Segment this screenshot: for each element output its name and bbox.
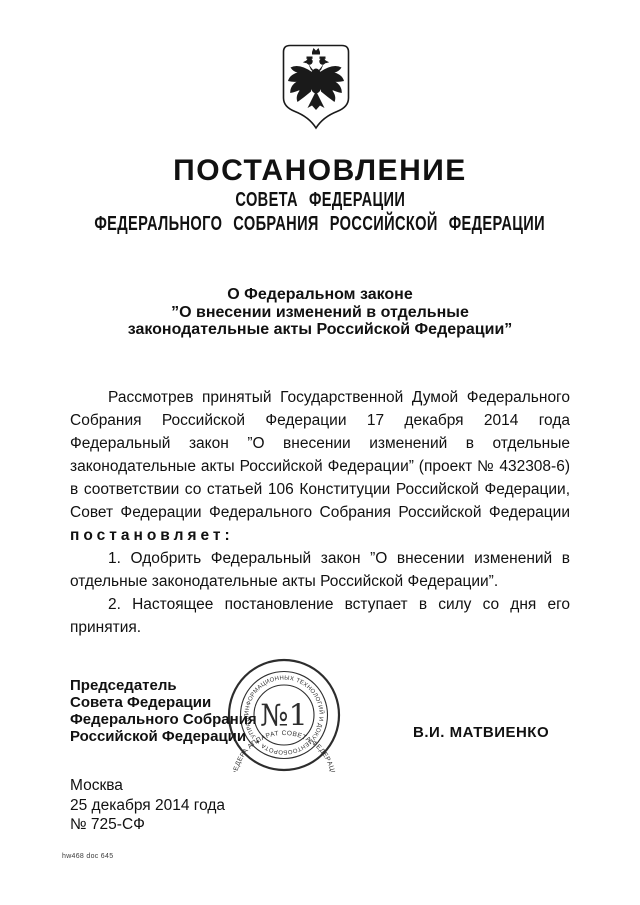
doc-type-title: ПОСТАНОВЛЕНИЕ: [0, 154, 640, 188]
body-text: Рассмотрев принятый Государственной Думо…: [70, 386, 570, 639]
subject-line: ”О внесении изменений в отдельные: [70, 304, 570, 322]
decree-item-2: 2. Настоящее постановление вступает в си…: [70, 593, 570, 639]
doc-number: № 725-СФ: [70, 815, 225, 835]
document-page: ПОСТАНОВЛЕНИЕ СОВЕТА ФЕДЕРАЦИИ ФЕДЕРАЛЬН…: [0, 0, 640, 905]
org-name-line-1: СОВЕТА ФЕДЕРАЦИИ: [0, 190, 640, 212]
title-block: ПОСТАНОВЛЕНИЕ СОВЕТА ФЕДЕРАЦИИ ФЕДЕРАЛЬН…: [0, 154, 640, 236]
decree-item-1: 1. Одобрить Федеральный закон ”О внесени…: [70, 547, 570, 593]
subject-heading: О Федеральном законе ”О внесении изменен…: [70, 286, 570, 339]
footnote: hw468 doc 645: [62, 853, 113, 860]
org-name-line-2: ФЕДЕРАЛЬНОГО СОБРАНИЯ РОССИЙСКОЙ ФЕДЕРАЦ…: [0, 214, 640, 236]
decree-keyword: постановляет:: [70, 527, 234, 544]
place-date-block: Москва 25 декабря 2014 года № 725-СФ: [70, 776, 225, 835]
official-round-stamp: АППАРАТ СОВЕТА ФЕДЕРАЦИИ ФЕДЕРАЛЬНОГО СО…: [227, 658, 341, 772]
date: 25 декабря 2014 года: [70, 796, 225, 816]
city: Москва: [70, 776, 225, 796]
russia-coat-of-arms-icon: [282, 44, 350, 130]
subject-line: О Федеральном законе: [70, 286, 570, 304]
subject-line: законодательные акты Российской Федераци…: [70, 321, 570, 339]
stamp-number: №1: [260, 699, 307, 734]
signature-name: В.И. МАТВИЕНКО: [413, 724, 549, 741]
preamble-paragraph: Рассмотрев принятый Государственной Думо…: [70, 386, 570, 547]
